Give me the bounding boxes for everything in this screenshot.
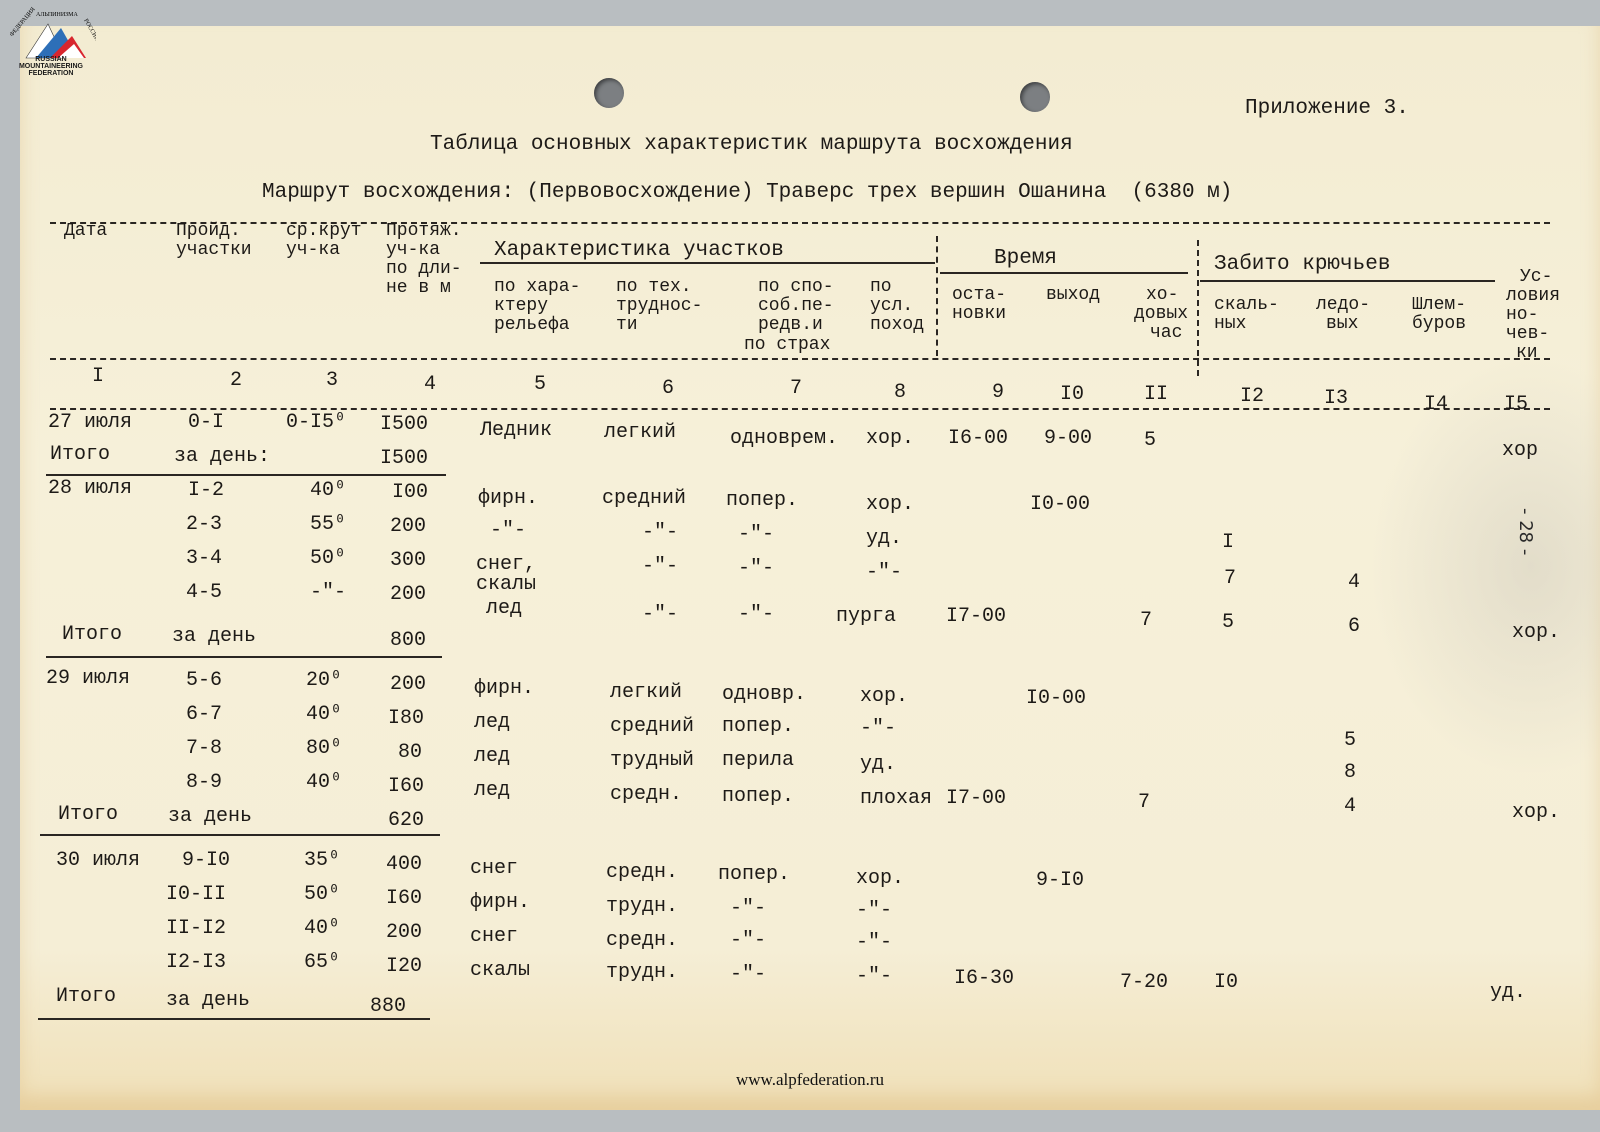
group-underline [940, 272, 1188, 274]
svg-text:РОССИИ: РОССИИ [82, 18, 96, 43]
logo-line: FEDERATION [6, 70, 96, 77]
day-date: 30 июля [56, 850, 140, 872]
group-header-time: Время [994, 248, 1057, 270]
group-header-pitons: Забито крючьев [1214, 254, 1390, 276]
svg-text:ФЕДЕРАЦИЯ: ФЕДЕРАЦИЯ [9, 7, 37, 38]
col-header-departure: выход [1046, 286, 1100, 305]
punch-hole [594, 78, 624, 108]
logo-line: MOUNTAINEERING [6, 63, 96, 70]
header-top-line [50, 222, 1550, 224]
punch-hole [1020, 82, 1050, 112]
group-header-characteristics: Характеристика участков [494, 240, 784, 262]
total-underline [46, 474, 446, 476]
total-underline [46, 656, 442, 658]
day-date: 28 июля [48, 478, 132, 500]
group-underline [480, 262, 935, 264]
day-date: 29 июля [46, 668, 130, 690]
group-underline [1200, 280, 1495, 282]
logo-line: RUSSIAN [6, 56, 96, 63]
route-subtitle: Маршрут восхождения: (Первовосхождение) … [262, 182, 1232, 204]
document-title: Таблица основных характеристик маршрута … [430, 134, 1073, 156]
column-divider [936, 236, 938, 356]
page-number-note: - 28 - [1515, 508, 1536, 555]
header-divider [50, 358, 1550, 360]
total-underline [38, 1018, 430, 1020]
total-underline [40, 834, 440, 836]
column-divider [1197, 240, 1199, 376]
footer-website: www.alpfederation.ru [20, 1070, 1600, 1090]
col-header-date: Дата [64, 222, 107, 241]
svg-text:АЛЬПИНИЗМА: АЛЬПИНИЗМА [36, 12, 79, 18]
appendix-label: Приложение 3. [1245, 98, 1409, 120]
